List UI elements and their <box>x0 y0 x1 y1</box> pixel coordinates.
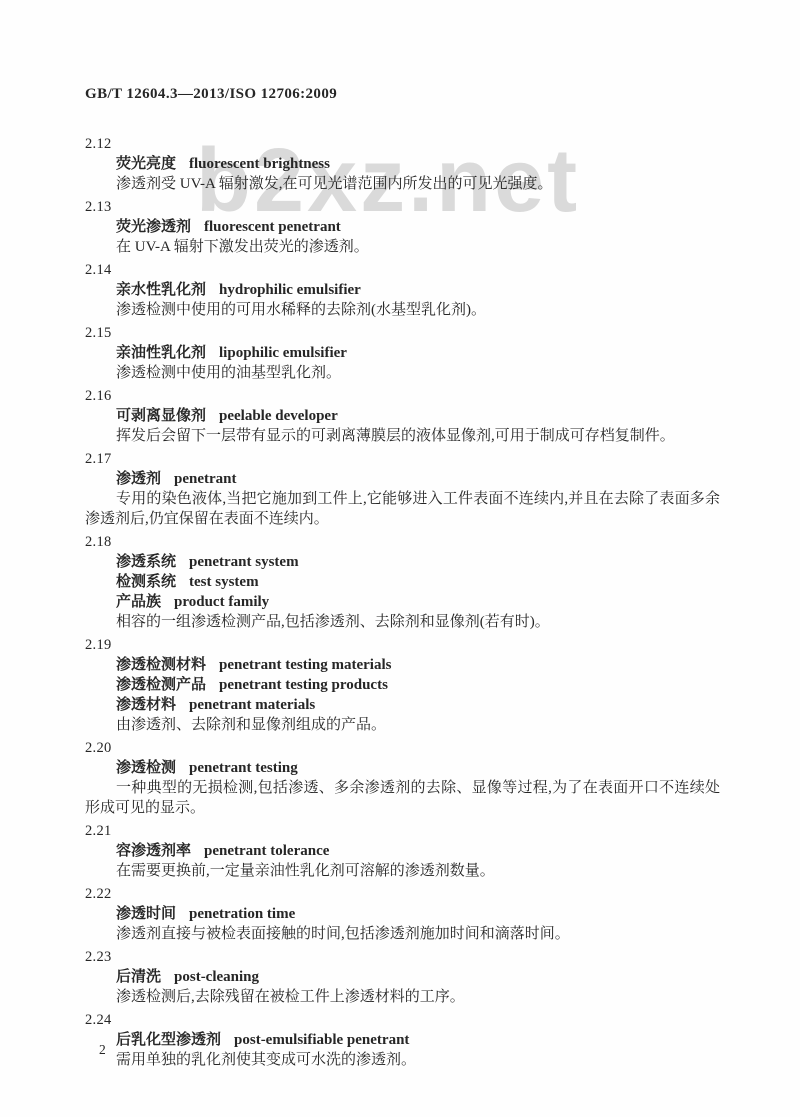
term-chinese: 渗透剂 <box>116 471 161 487</box>
term-chinese: 渗透系统 <box>116 554 176 570</box>
term-english: penetrant system <box>189 554 299 570</box>
term-line: 渗透材料penetrant materials <box>85 695 720 715</box>
term-chinese: 荧光渗透剂 <box>116 219 191 235</box>
definition-entry: 2.23后清洗post-cleaning渗透检测后,去除残留在被检工件上渗透材料… <box>85 947 720 1007</box>
entry-number: 2.23 <box>85 947 720 967</box>
definition-entry: 2.17渗透剂penetrant专用的染色液体,当把它施加到工件上,它能够进入工… <box>85 449 720 529</box>
term-line: 后清洗post-cleaning <box>85 967 720 987</box>
term-english: penetration time <box>189 906 295 922</box>
term-chinese: 亲水性乳化剂 <box>116 282 206 298</box>
term-line: 荧光亮度fluorescent brightness <box>85 154 720 174</box>
term-line: 渗透时间penetration time <box>85 904 720 924</box>
page-number: 2 <box>99 1042 106 1058</box>
term-line: 后乳化型渗透剂post-emulsifiable penetrant <box>85 1030 720 1050</box>
definition-text: 由渗透剂、去除剂和显像剂组成的产品。 <box>85 715 720 735</box>
entry-number: 2.22 <box>85 884 720 904</box>
term-chinese: 亲油性乳化剂 <box>116 345 206 361</box>
term-chinese: 产品族 <box>116 594 161 610</box>
definition-entry: 2.21容渗透剂率penetrant tolerance在需要更换前,一定量亲油… <box>85 821 720 881</box>
term-english: post-cleaning <box>174 969 259 985</box>
definition-entry: 2.12荧光亮度fluorescent brightness渗透剂受 UV-A … <box>85 134 720 194</box>
term-line: 荧光渗透剂fluorescent penetrant <box>85 217 720 237</box>
definition-entry: 2.22渗透时间penetration time渗透剂直接与被检表面接触的时间,… <box>85 884 720 944</box>
term-english: post-emulsifiable penetrant <box>234 1032 409 1048</box>
definition-text: 渗透剂受 UV-A 辐射激发,在可见光谱范围内所发出的可见光强度。 <box>85 174 720 194</box>
term-line: 产品族product family <box>85 592 720 612</box>
definition-text: 需用单独的乳化剂使其变成可水洗的渗透剂。 <box>85 1050 720 1070</box>
term-english: penetrant <box>174 471 237 487</box>
term-english: lipophilic emulsifier <box>219 345 347 361</box>
term-chinese: 后乳化型渗透剂 <box>116 1032 221 1048</box>
definition-text: 在 UV-A 辐射下激发出荧光的渗透剂。 <box>85 237 720 257</box>
definition-entry: 2.16可剥离显像剂peelable developer挥发后会留下一层带有显示… <box>85 386 720 446</box>
term-line: 亲水性乳化剂hydrophilic emulsifier <box>85 280 720 300</box>
term-chinese: 容渗透剂率 <box>116 843 191 859</box>
term-chinese: 渗透时间 <box>116 906 176 922</box>
term-chinese: 可剥离显像剂 <box>116 408 206 424</box>
term-line: 容渗透剂率penetrant tolerance <box>85 841 720 861</box>
definition-entry: 2.14亲水性乳化剂hydrophilic emulsifier渗透检测中使用的… <box>85 260 720 320</box>
term-line: 渗透检测产品penetrant testing products <box>85 675 720 695</box>
term-line: 渗透检测penetrant testing <box>85 758 720 778</box>
standard-number-header: GB/T 12604.3—2013/ISO 12706:2009 <box>85 86 712 103</box>
term-line: 渗透剂penetrant <box>85 469 720 489</box>
entry-number: 2.21 <box>85 821 720 841</box>
entry-number: 2.18 <box>85 532 720 552</box>
term-line: 渗透系统penetrant system <box>85 552 720 572</box>
definition-entry: 2.15亲油性乳化剂lipophilic emulsifier渗透检测中使用的油… <box>85 323 720 383</box>
definition-text: 渗透检测中使用的油基型乳化剂。 <box>85 363 720 383</box>
entry-number: 2.13 <box>85 197 720 217</box>
definition-text: 专用的染色液体,当把它施加到工件上,它能够进入工件表面不连续内,并且在去除了表面… <box>85 489 720 529</box>
definition-entry: 2.24后乳化型渗透剂post-emulsifiable penetrant需用… <box>85 1010 720 1070</box>
entry-number: 2.20 <box>85 738 720 758</box>
term-english: hydrophilic emulsifier <box>219 282 361 298</box>
term-english: penetrant testing materials <box>219 657 391 673</box>
term-english: fluorescent penetrant <box>204 219 341 235</box>
term-english: penetrant materials <box>189 697 315 713</box>
definition-text: 相容的一组渗透检测产品,包括渗透剂、去除剂和显像剂(若有时)。 <box>85 612 720 632</box>
term-english: product family <box>174 594 269 610</box>
document-page: b2xz.net GB/T 12604.3—2013/ISO 12706:200… <box>0 0 800 1117</box>
definition-list: 2.12荧光亮度fluorescent brightness渗透剂受 UV-A … <box>85 134 720 1070</box>
term-chinese: 检测系统 <box>116 574 176 590</box>
term-english: penetrant testing <box>189 760 298 776</box>
term-line: 可剥离显像剂peelable developer <box>85 406 720 426</box>
term-chinese: 渗透检测产品 <box>116 677 206 693</box>
entry-number: 2.12 <box>85 134 720 154</box>
term-line: 检测系统test system <box>85 572 720 592</box>
definition-text: 渗透检测后,去除残留在被检工件上渗透材料的工序。 <box>85 987 720 1007</box>
entry-number: 2.24 <box>85 1010 720 1030</box>
definition-text: 渗透剂直接与被检表面接触的时间,包括渗透剂施加时间和滴落时间。 <box>85 924 720 944</box>
definition-text: 渗透检测中使用的可用水稀释的去除剂(水基型乳化剂)。 <box>85 300 720 320</box>
term-chinese: 渗透检测材料 <box>116 657 206 673</box>
term-english: fluorescent brightness <box>189 156 330 172</box>
definition-text: 挥发后会留下一层带有显示的可剥离薄膜层的液体显像剂,可用于制成可存档复制件。 <box>85 426 720 446</box>
term-chinese: 荧光亮度 <box>116 156 176 172</box>
definition-entry: 2.19渗透检测材料penetrant testing materials渗透检… <box>85 635 720 735</box>
term-english: penetrant tolerance <box>204 843 329 859</box>
term-chinese: 渗透材料 <box>116 697 176 713</box>
definition-entry: 2.20渗透检测penetrant testing一种典型的无损检测,包括渗透、… <box>85 738 720 818</box>
term-chinese: 后清洗 <box>116 969 161 985</box>
definition-text: 在需要更换前,一定量亲油性乳化剂可溶解的渗透剂数量。 <box>85 861 720 881</box>
definition-entry: 2.13荧光渗透剂fluorescent penetrant在 UV-A 辐射下… <box>85 197 720 257</box>
entry-number: 2.14 <box>85 260 720 280</box>
entry-number: 2.16 <box>85 386 720 406</box>
term-english: penetrant testing products <box>219 677 388 693</box>
entry-number: 2.17 <box>85 449 720 469</box>
term-english: peelable developer <box>219 408 338 424</box>
definition-entry: 2.18渗透系统penetrant system检测系统test system产… <box>85 532 720 632</box>
term-chinese: 渗透检测 <box>116 760 176 776</box>
term-english: test system <box>189 574 259 590</box>
term-line: 亲油性乳化剂lipophilic emulsifier <box>85 343 720 363</box>
definition-text: 一种典型的无损检测,包括渗透、多余渗透剂的去除、显像等过程,为了在表面开口不连续… <box>85 778 720 818</box>
entry-number: 2.15 <box>85 323 720 343</box>
term-line: 渗透检测材料penetrant testing materials <box>85 655 720 675</box>
entry-number: 2.19 <box>85 635 720 655</box>
